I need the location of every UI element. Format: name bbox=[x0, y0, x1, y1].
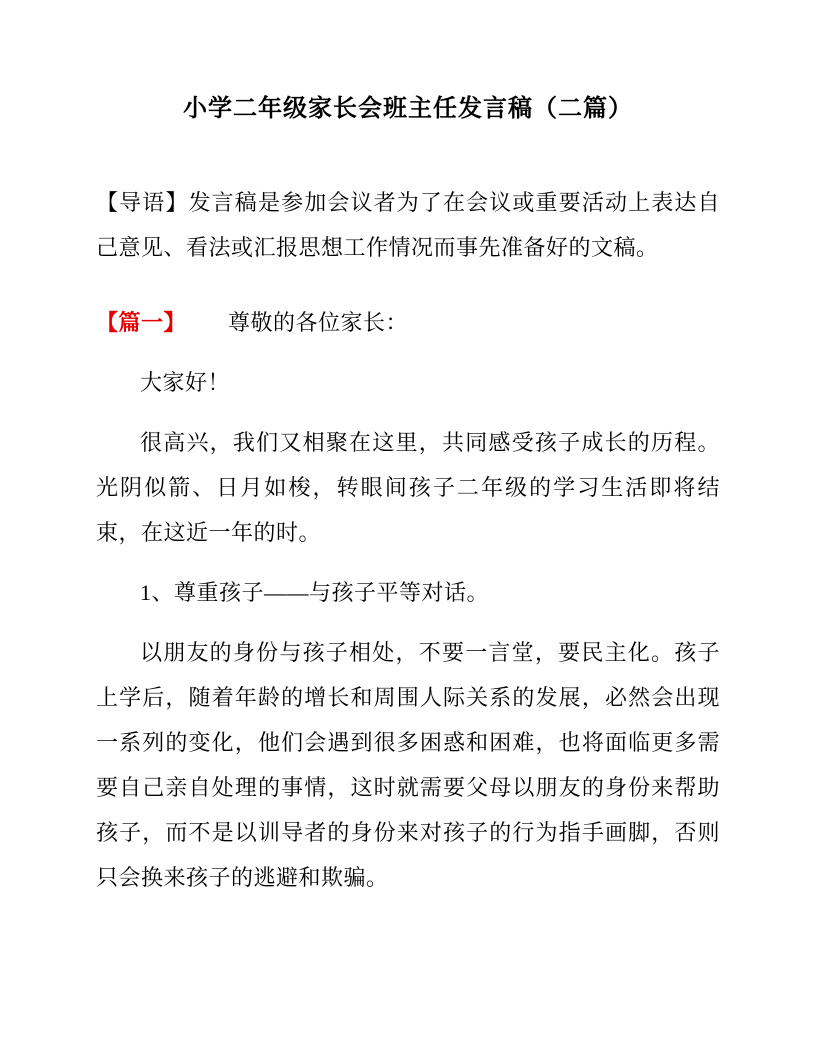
section-heading-row: 【篇一】尊敬的各位家长： bbox=[96, 300, 720, 345]
document-page: 小学二年级家长会班主任发言稿（二篇） 【导语】发言稿是参加会议者为了在会议或重要… bbox=[0, 0, 816, 1056]
paragraph-point-1-heading: 1、尊重孩子——与孩子平等对话。 bbox=[96, 570, 720, 615]
paragraph-body-1: 很高兴，我们又相聚在这里，共同感受孩子成长的历程。光阴似箭、日月如梭，转眼间孩子… bbox=[96, 420, 720, 555]
section-label: 【篇一】 bbox=[96, 310, 186, 335]
document-title: 小学二年级家长会班主任发言稿（二篇） bbox=[96, 87, 720, 132]
intro-paragraph: 【导语】发言稿是参加会议者为了在会议或重要活动上表达自己意见、看法或汇报思想工作… bbox=[96, 180, 720, 270]
salutation: 尊敬的各位家长： bbox=[228, 310, 408, 335]
paragraph-greeting: 大家好！ bbox=[96, 360, 720, 405]
paragraph-body-2: 以朋友的身份与孩子相处，不要一言堂，要民主化。孩子上学后，随着年龄的增长和周围人… bbox=[96, 630, 720, 900]
